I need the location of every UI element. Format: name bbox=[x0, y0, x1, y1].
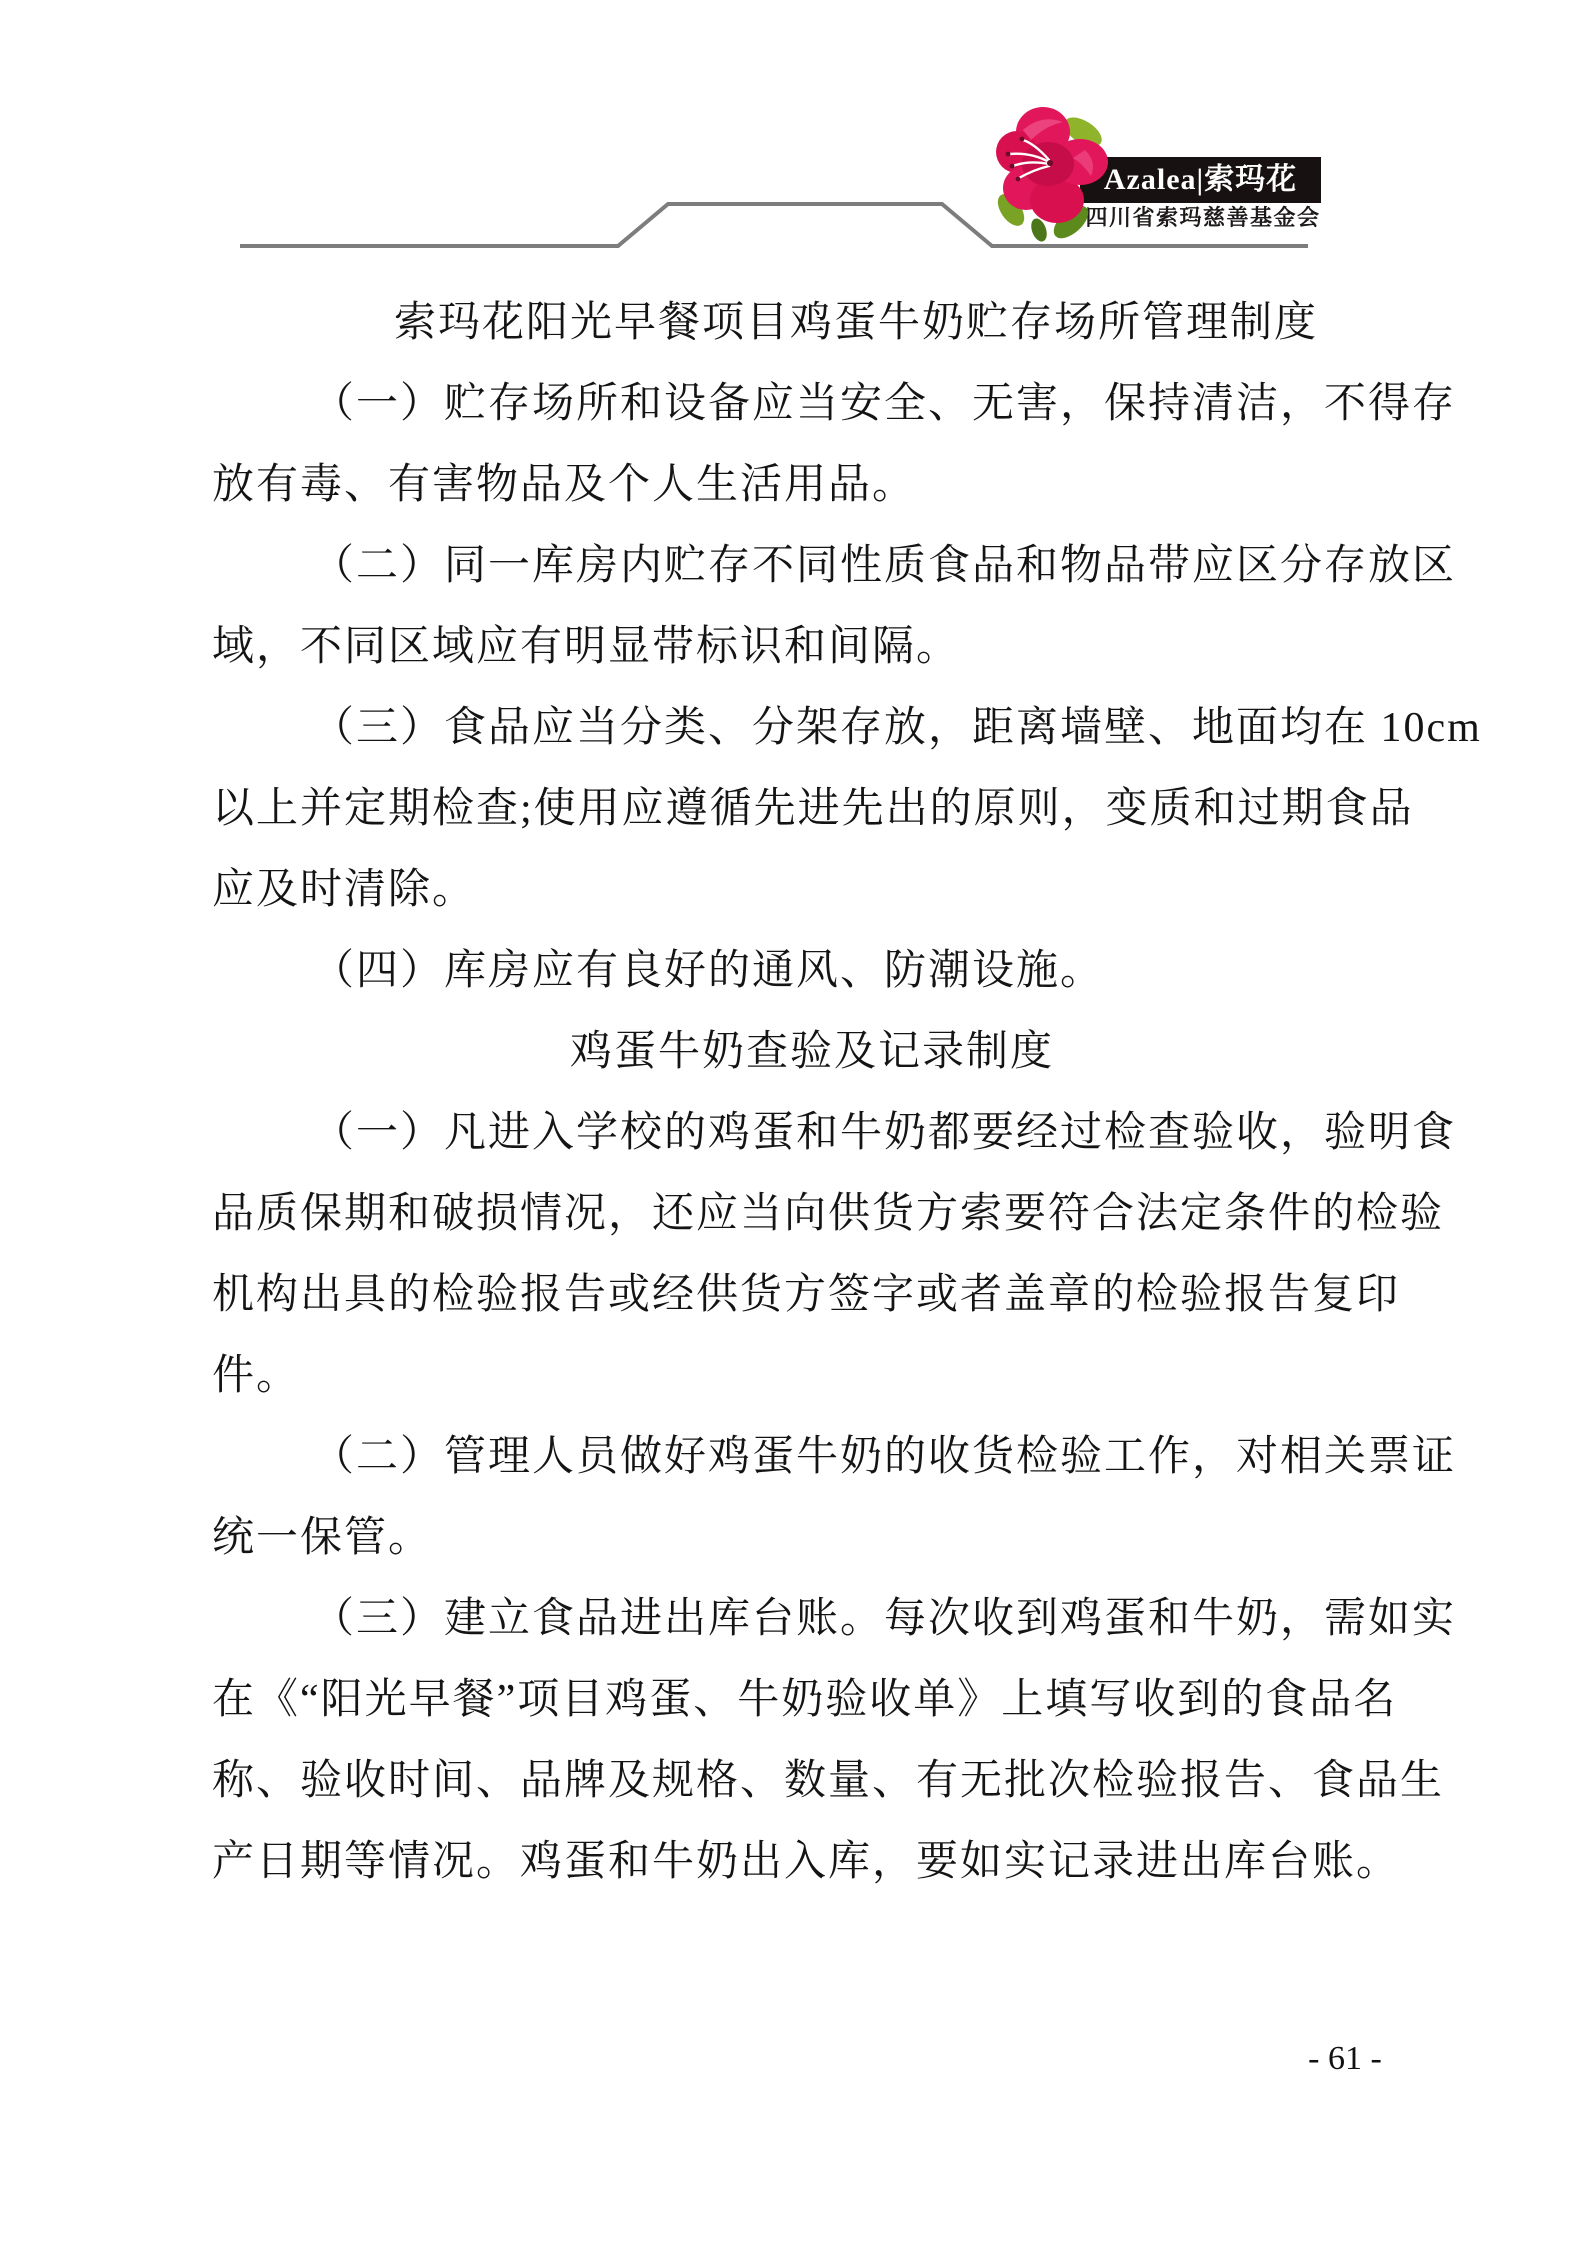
text-line: 域，不同区域应有明显带标识和间隔。 bbox=[212, 607, 1392, 688]
document-page: Azalea|索玛花 四川省索玛慈善基金会 索玛花阳光早餐项目鸡蛋牛奶贮存场所管… bbox=[0, 0, 1587, 2245]
text-line: 产日期等情况。鸡蛋和牛奶出入库，要如实记录进出库台账。 bbox=[212, 1822, 1392, 1903]
text-line: 机构出具的检验报告或经供货方签字或者盖章的检验报告复印 bbox=[212, 1255, 1392, 1336]
text-line: （一）贮存场所和设备应当安全、无害，保持清洁，不得存 bbox=[212, 364, 1392, 445]
text-line: （一）凡进入学校的鸡蛋和牛奶都要经过检查验收，验明食 bbox=[212, 1093, 1392, 1174]
doc-subtitle: 鸡蛋牛奶查验及记录制度 bbox=[222, 1012, 1402, 1093]
document-body: 索玛花阳光早餐项目鸡蛋牛奶贮存场所管理制度 （一）贮存场所和设备应当安全、无害，… bbox=[212, 283, 1392, 1903]
text-line: 称、验收时间、品牌及规格、数量、有无批次检验报告、食品生 bbox=[212, 1741, 1392, 1822]
header-divider-line bbox=[0, 0, 1587, 270]
azalea-flower-icon bbox=[993, 100, 1115, 246]
page-number: - 61 - bbox=[1290, 2040, 1400, 2078]
text-line: 放有毒、有害物品及个人生活用品。 bbox=[212, 445, 1392, 526]
text-line: （二）管理人员做好鸡蛋牛奶的收货检验工作，对相关票证 bbox=[212, 1417, 1392, 1498]
text-line: （三）食品应当分类、分架存放，距离墙壁、地面均在 10cm bbox=[212, 688, 1392, 769]
logo-banner: Azalea|索玛花 bbox=[1080, 157, 1321, 203]
text-line: 应及时清除。 bbox=[212, 850, 1392, 931]
doc-title: 索玛花阳光早餐项目鸡蛋牛奶贮存场所管理制度 bbox=[266, 283, 1446, 364]
text-line: 在《“阳光早餐”项目鸡蛋、牛奶验收单》上填写收到的食品名 bbox=[212, 1660, 1392, 1741]
text-line: （三）建立食品进出库台账。每次收到鸡蛋和牛奶，需如实 bbox=[212, 1579, 1392, 1660]
text-line: （二）同一库房内贮存不同性质食品和物品带应区分存放区 bbox=[212, 526, 1392, 607]
org-name: 四川省索玛慈善基金会 bbox=[1084, 201, 1322, 232]
text-line: 以上并定期检查;使用应遵循先进先出的原则，变质和过期食品 bbox=[212, 769, 1392, 850]
text-line: （四）库房应有良好的通风、防潮设施。 bbox=[212, 931, 1392, 1012]
text-line: 品质保期和破损情况，还应当向供货方索要符合法定条件的检验 bbox=[212, 1174, 1392, 1255]
text-line: 件。 bbox=[212, 1336, 1392, 1417]
brand-text: Azalea|索玛花 bbox=[1104, 163, 1297, 196]
text-line: 统一保管。 bbox=[212, 1498, 1392, 1579]
